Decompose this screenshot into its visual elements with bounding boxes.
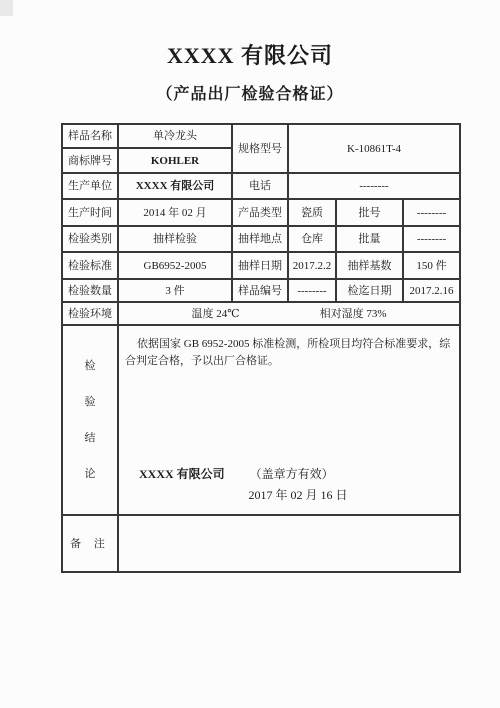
environment-temperature: 温度 24℃ [192, 307, 240, 321]
sampling-location-value: 仓库 [288, 226, 336, 252]
inspection-quantity-label: 检验数量 [62, 279, 118, 302]
table-row: 样品名称 单冷龙头 规格型号 K-10861T-4 [62, 124, 460, 148]
environment-value: 温度 24℃ 相对湿度 73% [118, 302, 460, 325]
signature-line: XXXX 有限公司 （盖章方有效） [125, 467, 451, 481]
batch-quantity-value: -------- [403, 226, 460, 252]
environment-label: 检验环境 [62, 302, 118, 325]
signature-company: XXXX 有限公司 [139, 467, 225, 481]
production-date-value: 2014 年 02 月 [118, 199, 232, 226]
brand-label: 商标牌号 [62, 148, 118, 173]
conclusion-label-char: 验 [85, 395, 96, 409]
signature-date: 2017 年 02 月 16 日 [125, 488, 451, 502]
batch-no-value: -------- [403, 199, 460, 226]
table-row: 备 注 [62, 515, 460, 572]
batch-quantity-label: 批量 [336, 226, 403, 252]
table-row: 生产单位 XXXX 有限公司 电话 -------- [62, 173, 460, 199]
sampling-date-value: 2017.2.2 [288, 252, 336, 279]
inspection-standard-value: GB6952-2005 [118, 252, 232, 279]
environment-humidity: 相对湿度 73% [320, 307, 387, 321]
inspection-standard-label: 检验标准 [62, 252, 118, 279]
company-title: XXXX 有限公司 [0, 0, 500, 70]
inspection-end-date-label: 检迄日期 [336, 279, 403, 302]
conclusion-label: 检 验 结 论 [62, 325, 118, 515]
sampling-location-label: 抽样地点 [232, 226, 288, 252]
inspection-category-label: 检验类别 [62, 226, 118, 252]
table-row: 检验标准 GB6952-2005 抽样日期 2017.2.2 抽样基数 150 … [62, 252, 460, 279]
phone-value: -------- [288, 173, 460, 199]
brand-value: KOHLER [118, 148, 232, 173]
conclusion-label-char: 结 [85, 431, 96, 445]
table-row: 检验类别 抽样检验 抽样地点 仓库 批量 -------- [62, 226, 460, 252]
product-type-value: 瓷质 [288, 199, 336, 226]
inspection-end-date-value: 2017.2.16 [403, 279, 460, 302]
certificate-subtitle: （产品出厂检验合格证） [0, 85, 500, 105]
spec-model-label: 规格型号 [232, 124, 288, 173]
certificate-table: 样品名称 单冷龙头 规格型号 K-10861T-4 商标牌号 KOHLER 生产… [61, 123, 461, 573]
table-row: 检验数量 3 件 样品编号 -------- 检迄日期 2017.2.16 [62, 279, 460, 302]
production-date-label: 生产时间 [62, 199, 118, 226]
sampling-date-label: 抽样日期 [232, 252, 288, 279]
phone-label: 电话 [232, 173, 288, 199]
seal-validity-note: （盖章方有效） [250, 467, 334, 481]
table-row: 检 验 结 论 依据国家 GB 6952-2005 标准检测，所检项目均符合标准… [62, 325, 460, 515]
certificate-page: XXXX 有限公司 （产品出厂检验合格证） 样品名称 单冷龙头 规格型号 K-1… [0, 0, 500, 708]
batch-no-label: 批号 [336, 199, 403, 226]
product-type-label: 产品类型 [232, 199, 288, 226]
sample-name-label: 样品名称 [62, 124, 118, 148]
table-row: 检验环境 温度 24℃ 相对湿度 73% [62, 302, 460, 325]
inspection-category-value: 抽样检验 [118, 226, 232, 252]
remarks-value [118, 515, 460, 572]
conclusion-statement: 依据国家 GB 6952-2005 标准检测，所检项目均符合标准要求，综合判定合… [125, 336, 451, 370]
manufacturer-label: 生产单位 [62, 173, 118, 199]
conclusion-content: 依据国家 GB 6952-2005 标准检测，所检项目均符合标准要求，综合判定合… [118, 325, 460, 515]
spec-model-value: K-10861T-4 [288, 124, 460, 173]
conclusion-label-char: 论 [85, 467, 96, 481]
table-row: 生产时间 2014 年 02 月 产品类型 瓷质 批号 -------- [62, 199, 460, 226]
manufacturer-value: XXXX 有限公司 [118, 173, 232, 199]
sample-no-value: -------- [288, 279, 336, 302]
remarks-label: 备 注 [62, 515, 118, 572]
sampling-base-value: 150 件 [403, 252, 460, 279]
scan-artifact [0, 0, 13, 16]
sampling-base-label: 抽样基数 [336, 252, 403, 279]
sample-no-label: 样品编号 [232, 279, 288, 302]
inspection-quantity-value: 3 件 [118, 279, 232, 302]
sample-name-value: 单冷龙头 [118, 124, 232, 148]
conclusion-label-char: 检 [85, 359, 96, 373]
